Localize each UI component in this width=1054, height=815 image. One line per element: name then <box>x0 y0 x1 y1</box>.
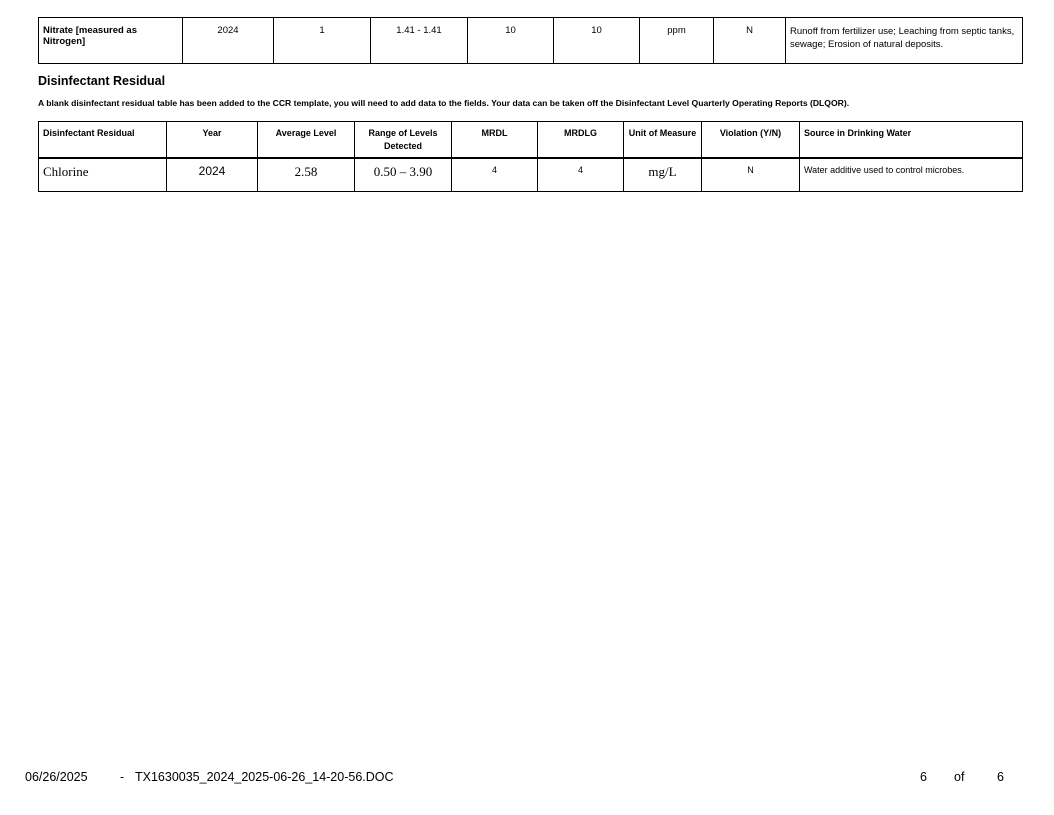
section-title: Disinfectant Residual <box>38 74 165 88</box>
range-cell: 1.41 - 1.41 <box>371 18 468 64</box>
footer-date: 06/26/2025 <box>25 770 88 784</box>
footer-page-number: 6 <box>920 770 927 784</box>
header-mrdl: MRDL <box>452 122 538 159</box>
nitrate-table: Nitrate [measured as Nitrogen] 2024 1 1.… <box>38 17 1023 64</box>
table-header-row: Disinfectant Residual Year Average Level… <box>39 122 1023 159</box>
contaminant-name: Nitrate [measured as Nitrogen] <box>39 18 183 64</box>
section-note: A blank disinfectant residual table has … <box>38 98 849 108</box>
footer-of-label: of <box>954 770 964 784</box>
table-row: Nitrate [measured as Nitrogen] 2024 1 1.… <box>39 18 1023 64</box>
footer-total-pages: 6 <box>997 770 1004 784</box>
highest-level-cell: 1 <box>274 18 371 64</box>
mcl-cell: 10 <box>554 18 640 64</box>
footer-filename: TX1630035_2024_2025-06-26_14-20-56.DOC <box>135 770 394 784</box>
disinfectant-residual-table: Disinfectant Residual Year Average Level… <box>38 121 1023 192</box>
mclg-cell: 10 <box>468 18 554 64</box>
header-disinfectant: Disinfectant Residual <box>39 122 167 159</box>
unit-cell: mg/L <box>624 158 702 192</box>
mrdlg-cell: 4 <box>538 158 624 192</box>
average-level-cell: 2.58 <box>258 158 355 192</box>
header-range: Range of Levels Detected <box>355 122 452 159</box>
footer-separator: - <box>120 770 124 784</box>
source-cell: Runoff from fertilizer use; Leaching fro… <box>786 18 1023 64</box>
header-source: Source in Drinking Water <box>800 122 1023 159</box>
header-unit: Unit of Measure <box>624 122 702 159</box>
table-row: Chlorine 2024 2.58 0.50 – 3.90 4 4 mg/L … <box>39 158 1023 192</box>
violation-cell: N <box>702 158 800 192</box>
header-average-level: Average Level <box>258 122 355 159</box>
violation-cell: N <box>714 18 786 64</box>
range-cell: 0.50 – 3.90 <box>355 158 452 192</box>
unit-cell: ppm <box>640 18 714 64</box>
mrdl-cell: 4 <box>452 158 538 192</box>
year-cell: 2024 <box>167 158 258 192</box>
source-cell: Water additive used to control microbes. <box>800 158 1023 192</box>
year-cell: 2024 <box>183 18 274 64</box>
header-violation: Violation (Y/N) <box>702 122 800 159</box>
disinfectant-cell: Chlorine <box>39 158 167 192</box>
header-mrdlg: MRDLG <box>538 122 624 159</box>
header-year: Year <box>167 122 258 159</box>
